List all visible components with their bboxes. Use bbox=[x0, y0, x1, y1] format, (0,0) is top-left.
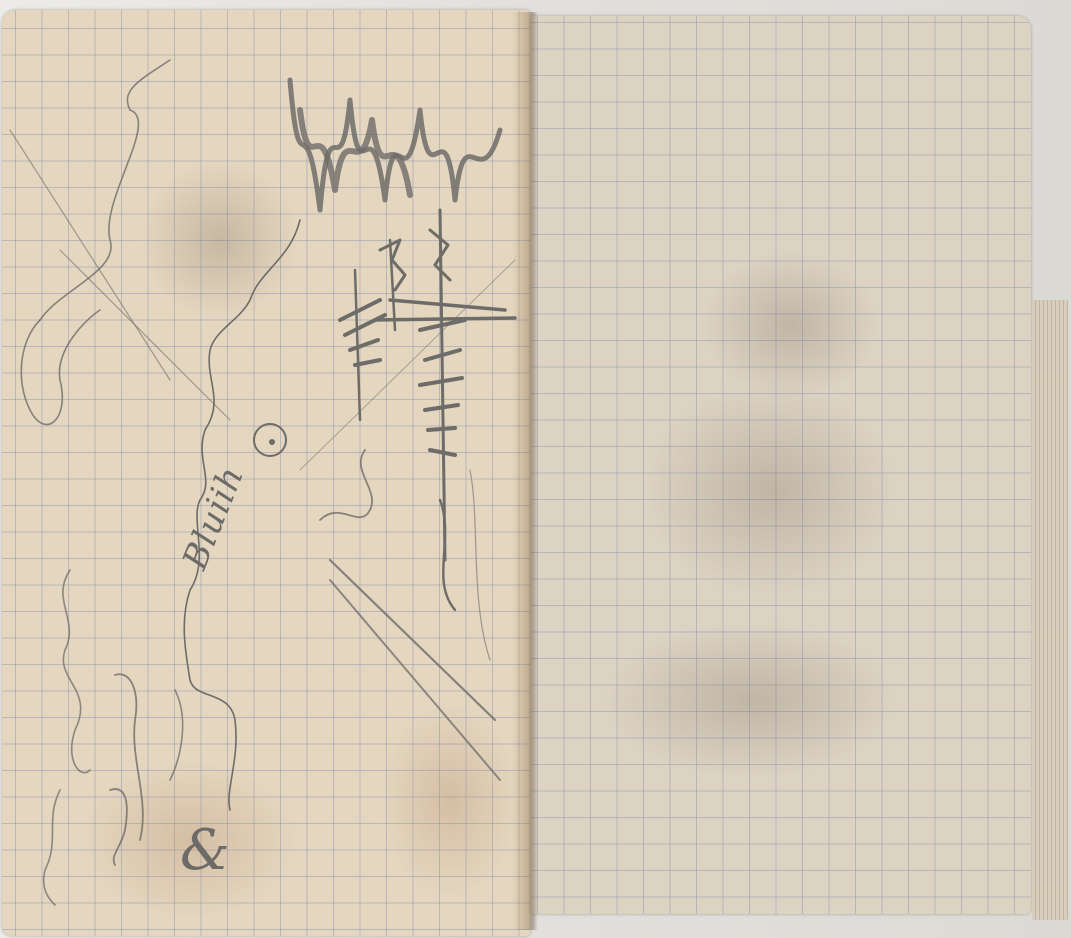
pencil-sketch bbox=[0, 0, 1071, 938]
handwritten-ampersand: & bbox=[180, 818, 230, 883]
sun-symbol bbox=[254, 424, 286, 456]
